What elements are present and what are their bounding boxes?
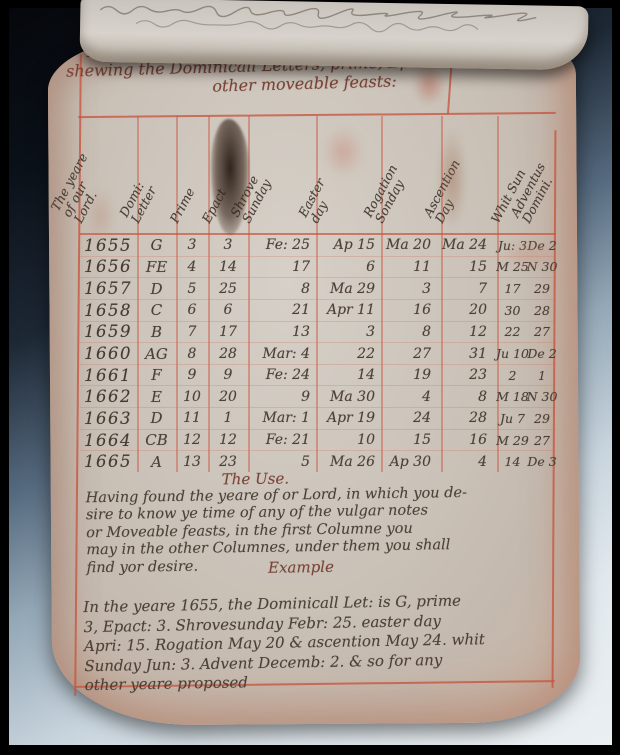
cell-ascension_day: 23 bbox=[441, 367, 497, 383]
cell-easter_day: Apr 11 bbox=[316, 302, 381, 318]
cell-year: 1663 bbox=[80, 409, 137, 428]
cell-whitsun: M 29 bbox=[497, 433, 528, 448]
cell-ascension_day: 15 bbox=[441, 259, 497, 275]
cell-whitsun: 30 bbox=[497, 303, 528, 318]
cell-easter_day: Ma 29 bbox=[316, 281, 381, 297]
cell-year: 1661 bbox=[80, 366, 137, 385]
cell-year: 1662 bbox=[80, 387, 137, 406]
cell-rogation_sunday: 19 bbox=[381, 367, 441, 383]
table-row: 1656FE4141761115M 25N 30 bbox=[80, 256, 556, 278]
cell-advent: 27 bbox=[528, 324, 556, 339]
almanac-table: The yeare of our Lord.Domi: LetterPrimeE… bbox=[80, 116, 556, 472]
cell-year: 1660 bbox=[80, 344, 137, 363]
cell-whitsun: Ju 10 bbox=[497, 346, 528, 361]
cell-whitsun: Ju 7 bbox=[497, 411, 528, 426]
cell-rogation_sunday: 16 bbox=[381, 302, 441, 318]
table-row: 1659B7171338122227 bbox=[80, 321, 556, 343]
cell-easter_day: Ma 30 bbox=[316, 389, 381, 405]
cell-epact: 25 bbox=[208, 281, 248, 297]
cell-shrove_sunday: Fe: 21 bbox=[248, 432, 316, 448]
cell-epact: 12 bbox=[208, 432, 248, 448]
cell-ascension_day: 7 bbox=[441, 281, 497, 297]
cell-ascension_day: 31 bbox=[441, 346, 497, 362]
cell-year: 1658 bbox=[80, 301, 137, 320]
column-header-ascension_day: Ascention Day bbox=[421, 158, 473, 225]
cell-dominical_letter: FE bbox=[137, 258, 176, 276]
table-row: 1662E10209Ma 3048M 18N 30 bbox=[80, 385, 556, 407]
cell-epact: 20 bbox=[208, 389, 248, 405]
cell-advent: N 30 bbox=[528, 389, 556, 404]
cell-epact: 1 bbox=[208, 410, 248, 426]
cell-shrove_sunday: 9 bbox=[248, 389, 316, 405]
cell-whitsun: 17 bbox=[497, 281, 528, 296]
cell-easter_day: 10 bbox=[316, 432, 381, 448]
cell-shrove_sunday: Fe: 24 bbox=[248, 367, 316, 383]
cell-ascension_day: 28 bbox=[441, 410, 497, 426]
cell-dominical_letter: B bbox=[137, 323, 176, 341]
cell-rogation_sunday: 8 bbox=[381, 324, 441, 340]
cell-rogation_sunday: 24 bbox=[381, 410, 441, 426]
cell-easter_day: Ap 15 bbox=[316, 237, 381, 253]
cell-prime: 8 bbox=[176, 346, 208, 362]
cell-ascension_day: 20 bbox=[441, 302, 497, 318]
cell-year: 1656 bbox=[80, 257, 137, 276]
column-header-rogation_sunday: Rogation Sonday bbox=[361, 162, 411, 225]
cell-prime: 5 bbox=[176, 281, 208, 297]
cell-dominical_letter: D bbox=[137, 280, 176, 298]
cell-shrove_sunday: 21 bbox=[248, 302, 316, 318]
column-header-shrove_sunday: Shrove Sunday bbox=[228, 167, 275, 225]
cell-dominical_letter: AG bbox=[137, 345, 176, 363]
example-heading: Example bbox=[268, 559, 334, 577]
cell-advent: 29 bbox=[528, 281, 556, 296]
cell-epact: 17 bbox=[208, 324, 248, 340]
table-header-row: The yeare of our Lord.Domi: LetterPrimeE… bbox=[80, 116, 556, 235]
column-header-prime: Prime bbox=[168, 175, 203, 225]
cell-advent: 27 bbox=[528, 433, 556, 448]
cell-ascension_day: Ma 24 bbox=[441, 237, 497, 253]
cell-epact: 14 bbox=[208, 259, 248, 275]
cell-rogation_sunday: 11 bbox=[381, 259, 441, 275]
cell-easter_day: Ma 26 bbox=[316, 454, 381, 470]
table-row: 1655G33Fe: 25Ap 15Ma 20Ma 24Ju: 3De 2 bbox=[80, 235, 556, 256]
cell-ascension_day: 8 bbox=[441, 389, 497, 405]
cell-whitsun: 2 bbox=[497, 368, 528, 383]
previous-page-edge bbox=[79, 0, 588, 70]
table-row: 1658C6621Apr 1116203028 bbox=[80, 299, 556, 321]
cell-rogation_sunday: Ap 30 bbox=[381, 454, 441, 470]
cell-whitsun: 22 bbox=[497, 324, 528, 339]
cell-prime: 13 bbox=[176, 454, 208, 470]
cell-rogation_sunday: 3 bbox=[381, 281, 441, 297]
cell-easter_day: Apr 19 bbox=[316, 410, 381, 426]
cell-prime: 6 bbox=[176, 302, 208, 318]
table-row: 1664CB1212Fe: 21101516M 2927 bbox=[80, 429, 556, 451]
cell-prime: 9 bbox=[176, 367, 208, 383]
cell-prime: 10 bbox=[176, 389, 208, 405]
cell-prime: 4 bbox=[176, 259, 208, 275]
cell-prime: 7 bbox=[176, 324, 208, 340]
cell-dominical_letter: CB bbox=[137, 431, 176, 449]
cell-year: 1665 bbox=[80, 452, 137, 471]
column-header-dominical_letter: Domi: Letter bbox=[117, 174, 161, 225]
cell-prime: 3 bbox=[176, 237, 208, 253]
cell-rogation_sunday: 27 bbox=[381, 346, 441, 362]
cell-shrove_sunday: Fe: 25 bbox=[248, 237, 316, 253]
cell-advent: De 2 bbox=[528, 346, 556, 361]
table-body: 1655G33Fe: 25Ap 15Ma 20Ma 24Ju: 3De 2165… bbox=[80, 235, 556, 472]
cell-whitsun: M 25 bbox=[497, 259, 528, 274]
manuscript-photo: An Alminack for 11 yeares beginning Anno… bbox=[0, 0, 620, 755]
cell-advent: 28 bbox=[528, 303, 556, 318]
column-header-epact: Epact bbox=[200, 175, 235, 225]
cell-advent: 1 bbox=[528, 368, 556, 383]
cell-rogation_sunday: 4 bbox=[381, 389, 441, 405]
cell-dominical_letter: D bbox=[137, 409, 176, 427]
cell-year: 1655 bbox=[80, 236, 137, 255]
table-row: 1663D111Mar: 1Apr 192428Ju 729 bbox=[80, 407, 556, 429]
cell-dominical_letter: E bbox=[137, 388, 176, 406]
cell-epact: 3 bbox=[208, 237, 248, 253]
cell-shrove_sunday: 5 bbox=[248, 454, 316, 470]
cell-epact: 28 bbox=[208, 346, 248, 362]
use-section: The Use. Having found the yeare of or Lo… bbox=[85, 467, 554, 578]
cell-prime: 11 bbox=[176, 410, 208, 426]
cell-epact: 9 bbox=[208, 367, 248, 383]
cell-shrove_sunday: 8 bbox=[248, 281, 316, 297]
cell-whitsun: M 18 bbox=[497, 389, 528, 404]
cell-dominical_letter: A bbox=[137, 453, 176, 471]
cell-ascension_day: 16 bbox=[441, 432, 497, 448]
cell-rogation_sunday: Ma 20 bbox=[381, 237, 441, 253]
cell-dominical_letter: C bbox=[137, 301, 176, 319]
cell-epact: 6 bbox=[208, 302, 248, 318]
cell-prime: 12 bbox=[176, 432, 208, 448]
cell-advent: 29 bbox=[528, 411, 556, 426]
cell-shrove_sunday: 13 bbox=[248, 324, 316, 340]
cell-whitsun: Ju: 3 bbox=[497, 238, 528, 253]
cell-shrove_sunday: Mar: 1 bbox=[248, 410, 316, 426]
table-row: 1661F99Fe: 2414192321 bbox=[80, 364, 556, 386]
table-row: 1657D5258Ma 29371729 bbox=[80, 277, 556, 299]
cell-epact: 23 bbox=[208, 454, 248, 470]
cell-dominical_letter: G bbox=[137, 236, 176, 254]
use-line: find yor desire. bbox=[87, 559, 199, 578]
cell-advent: N 30 bbox=[528, 259, 556, 274]
cell-rogation_sunday: 15 bbox=[381, 432, 441, 448]
cell-easter_day: 14 bbox=[316, 367, 381, 383]
cell-year: 1664 bbox=[80, 431, 137, 450]
illegible-writing-icon bbox=[96, 0, 567, 42]
table-row: 1660AG828Mar: 4222731Ju 10De 2 bbox=[80, 342, 556, 364]
cell-shrove_sunday: Mar: 4 bbox=[248, 346, 316, 362]
cell-easter_day: 6 bbox=[316, 259, 381, 275]
cell-easter_day: 3 bbox=[316, 324, 381, 340]
cell-shrove_sunday: 17 bbox=[248, 259, 316, 275]
cell-year: 1657 bbox=[80, 279, 137, 298]
cell-year: 1659 bbox=[80, 322, 137, 341]
column-header-easter_day: Easter day bbox=[296, 170, 341, 225]
cell-advent: De 2 bbox=[528, 238, 556, 253]
cell-ascension_day: 12 bbox=[441, 324, 497, 340]
cell-easter_day: 22 bbox=[316, 346, 381, 362]
cell-dominical_letter: F bbox=[137, 366, 176, 384]
example-section: In the yeare 1655, the Dominicall Let: i… bbox=[83, 590, 559, 696]
